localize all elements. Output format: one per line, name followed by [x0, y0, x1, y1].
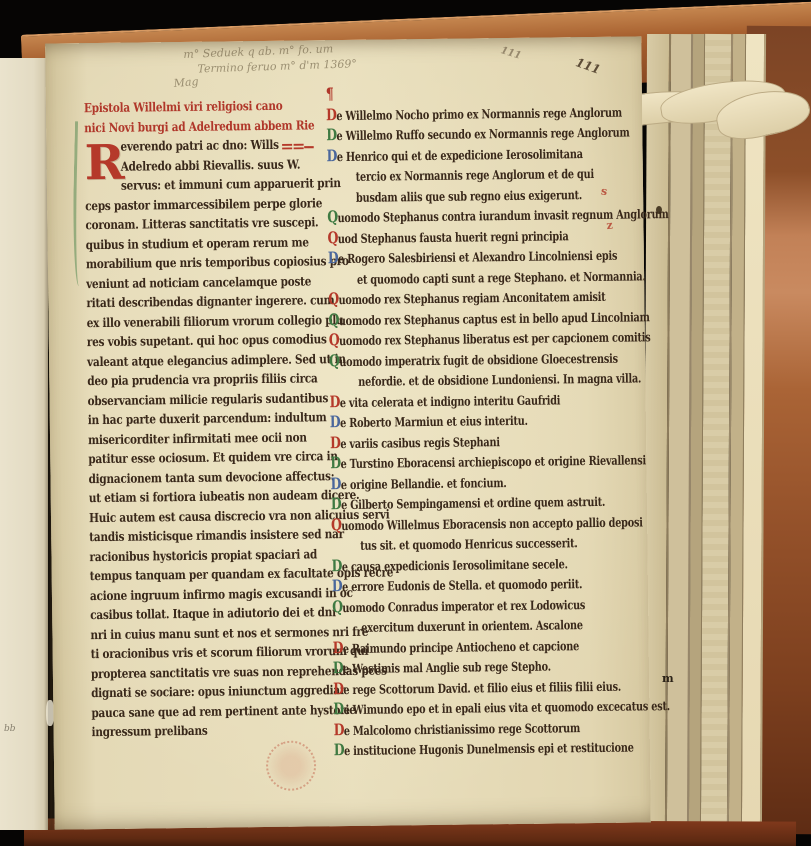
text-line: ti oracionibus vris et scorum filiorum v…: [91, 640, 329, 662]
prologue-block: R ==-- everendo patri ac dno: Wills Adel…: [84, 133, 329, 740]
chapter-initial: D: [332, 576, 342, 595]
chapter-text: uomodo Stephanus contra iurandum invasit…: [337, 206, 668, 225]
top-inscription-line3: Mag: [173, 75, 199, 90]
chapter-text: e causa expedicionis Ierosolimitane sece…: [342, 556, 568, 574]
chapter-text: tus sit. et quomodo Henricus successerit…: [360, 535, 577, 553]
chapter-initial: D: [334, 720, 344, 739]
page-edge-strip: [701, 34, 733, 826]
chapter-text: tercio ex Normannis rege Anglorum et de …: [356, 166, 594, 184]
chapter-text: e Rogero Salesbiriensi et Alexandro Linc…: [338, 248, 617, 266]
chapter-initial: D: [330, 433, 340, 452]
text-line: ut etiam si fortiora iubeatis non audeam…: [89, 484, 327, 506]
text-line: ritati describendas dignanter ingerere. …: [86, 289, 324, 311]
chapter-initial: Q: [328, 289, 338, 308]
manuscript-photo: m bb m° Seduek q ab. m° fo. um Termino f…: [0, 0, 811, 846]
chapter-text: e vita celerata et indigno interitu Gauf…: [340, 392, 561, 410]
chapter-text: e errore Eudonis de Stella. et quomodo p…: [342, 576, 582, 594]
chapter-text: e Raimundo principe Antiocheno et capcio…: [343, 638, 579, 656]
chapter-initial: D: [331, 556, 341, 575]
text-line: pauca sane que ad rem pertinent ante hys…: [91, 699, 329, 721]
chapter-text: e Willelmo Nocho primo ex Normannis rege…: [336, 104, 622, 122]
chapter-text: e Roberto Marmiun et eius interitu.: [340, 413, 528, 430]
chapter-text: et quomodo capti sunt a rege Stephano. e…: [357, 268, 646, 287]
chapter-text: e variis casibus regis Stephani: [340, 434, 500, 451]
text-line: tandis misticisque rimandis insistere se…: [89, 523, 327, 545]
chapter-initial: Q: [327, 228, 337, 247]
chapter-text: e rege Scottorum David. et filio eius et…: [343, 678, 621, 696]
chapter-initial: D: [329, 392, 339, 411]
chapter-initial: D: [333, 679, 343, 698]
text-line: dignati se sociare: opus iniunctum aggre…: [91, 679, 329, 701]
chapter-initial: Q: [331, 515, 341, 534]
text-line: in hac parte duxerit parcendum: indultum: [88, 406, 326, 428]
text-line: casibus tollat. Itaque in adiutorio dei …: [90, 601, 328, 623]
chapter-text: e Willelmo Ruffo secundo ex Normannis re…: [336, 125, 629, 144]
chapter-text: uomodo imperatrix fugit de obsidione Glo…: [339, 350, 618, 368]
chapter-text: e Henrico qui et de expedicione Ierosoli…: [337, 146, 583, 164]
decorated-initial-R: R: [84, 136, 121, 193]
chapter-initial: D: [330, 412, 340, 431]
margin-red-mark: z: [606, 218, 614, 232]
chapter-initial: D: [333, 699, 343, 718]
rubric-block: Epistola Willelmi viri religiosi cano ni…: [84, 94, 322, 136]
chapter-initial: Q: [327, 207, 337, 226]
chapter-text: uomodo Willelmus Eboracensis non accepto…: [341, 514, 643, 533]
chapter-text: e Wimundo epo et in epali eius vita et q…: [343, 698, 670, 717]
chapter-text: uomodo rex Stephanus liberatus est per c…: [339, 329, 651, 348]
chapter-initial: D: [331, 494, 341, 513]
chapter-text: e Gilberto Sempingamensi et ordine quem …: [341, 494, 605, 512]
chapter-initial: D: [333, 658, 343, 677]
prologue-lines: everendo patri ac dno: Wills Adelredo ab…: [84, 133, 329, 740]
left-text-column: Epistola Willelmi viri religiosi cano ni…: [84, 94, 330, 740]
chapter-initial: D: [330, 453, 340, 472]
manuscript-page: m° Seduek q ab. m° fo. um Termino feruo …: [45, 36, 651, 829]
text-line: ingressum prelibans: [92, 718, 330, 740]
chapter-text: e Westimis mal Anglie sub rege Stepho.: [343, 659, 551, 677]
facing-page-edge: [0, 58, 48, 830]
text-line: deo pia prudencia vra propriis filiis ci…: [87, 367, 325, 389]
chapter-initial: D: [330, 474, 340, 493]
chapter-text: busdam aliis que sub regno eius exigerun…: [356, 187, 582, 205]
fore-edge-ink-mark: m: [662, 672, 674, 685]
text-line: patitur esse ociosum. Et quidem vre circ…: [88, 445, 326, 467]
chapter-text: exercitum duxerunt in orientem. Ascalone: [361, 617, 583, 635]
chapter-text: uod Stephanus fausta huerit regni princi…: [338, 228, 569, 246]
chapter-line: De institucione Hugonis Dunelmensis epi …: [334, 737, 634, 761]
chapter-text: e Turstino Eboracensi archiepiscopo et o…: [340, 452, 646, 471]
chapter-text: uomodo Conradus imperator et rex Lodowic…: [342, 597, 585, 615]
library-stamp: [259, 734, 322, 797]
text-line: morabilium que nris temporibus copiosius…: [86, 250, 324, 272]
folio-number-faint: 111: [499, 45, 522, 62]
red-line-filler: ==--: [280, 136, 312, 155]
chapter-initial: Q: [332, 597, 342, 616]
chapter-initial: D: [332, 638, 342, 657]
chapter-text: e origine Bellandie. et foncium.: [341, 475, 507, 492]
chapter-initial: D: [334, 740, 344, 759]
text-line: tempus tanquam per quandam ex facultate …: [90, 562, 328, 584]
chapter-text: uomodo rex Stephanus regiam Anconitatem …: [338, 289, 605, 307]
chapter-initial: D: [326, 105, 336, 124]
chapter-text: nefordie. et de obsidione Lundoniensi. I…: [358, 370, 641, 388]
chapter-initial: ¶: [326, 84, 336, 103]
chapter-initial: D: [328, 248, 338, 267]
top-inscription-line2: Termino feruo m° d'm 1369°: [197, 57, 357, 75]
chapter-list: ¶ De Willelmo Nocho primo ex Normannis r…: [326, 81, 634, 761]
chapter-list-column: ¶ De Willelmo Nocho primo ex Normannis r…: [326, 81, 634, 761]
chapter-initial: D: [326, 146, 336, 165]
chapter-text: uomodo rex Stephanus captus est in bello…: [339, 309, 650, 328]
facing-page-pencil-mark: bb: [4, 724, 16, 734]
text-line: res vobis supetant. qui hoc opus comodiu…: [87, 328, 325, 350]
text-line: servus: et immuni cum apparuerit prin: [85, 172, 323, 194]
rubric-line: Epistola Willelmi viri religiosi cano: [84, 94, 322, 116]
page-edge-strip: [667, 34, 693, 826]
text-line: coronam. Litteras sanctitatis vre suscep…: [85, 211, 323, 233]
chapter-initial: D: [326, 125, 336, 144]
folio-number: 111: [574, 55, 602, 76]
chapter-initial: Q: [328, 310, 338, 329]
chapter-initial: Q: [329, 351, 339, 370]
page-edge-strip: [742, 34, 766, 836]
chapter-text: e institucione Hugonis Dunelmensis epi e…: [344, 740, 634, 759]
chapter-text: e Malcolomo christianissimo rege Scottor…: [344, 720, 580, 738]
chapter-initial: Q: [329, 330, 339, 349]
